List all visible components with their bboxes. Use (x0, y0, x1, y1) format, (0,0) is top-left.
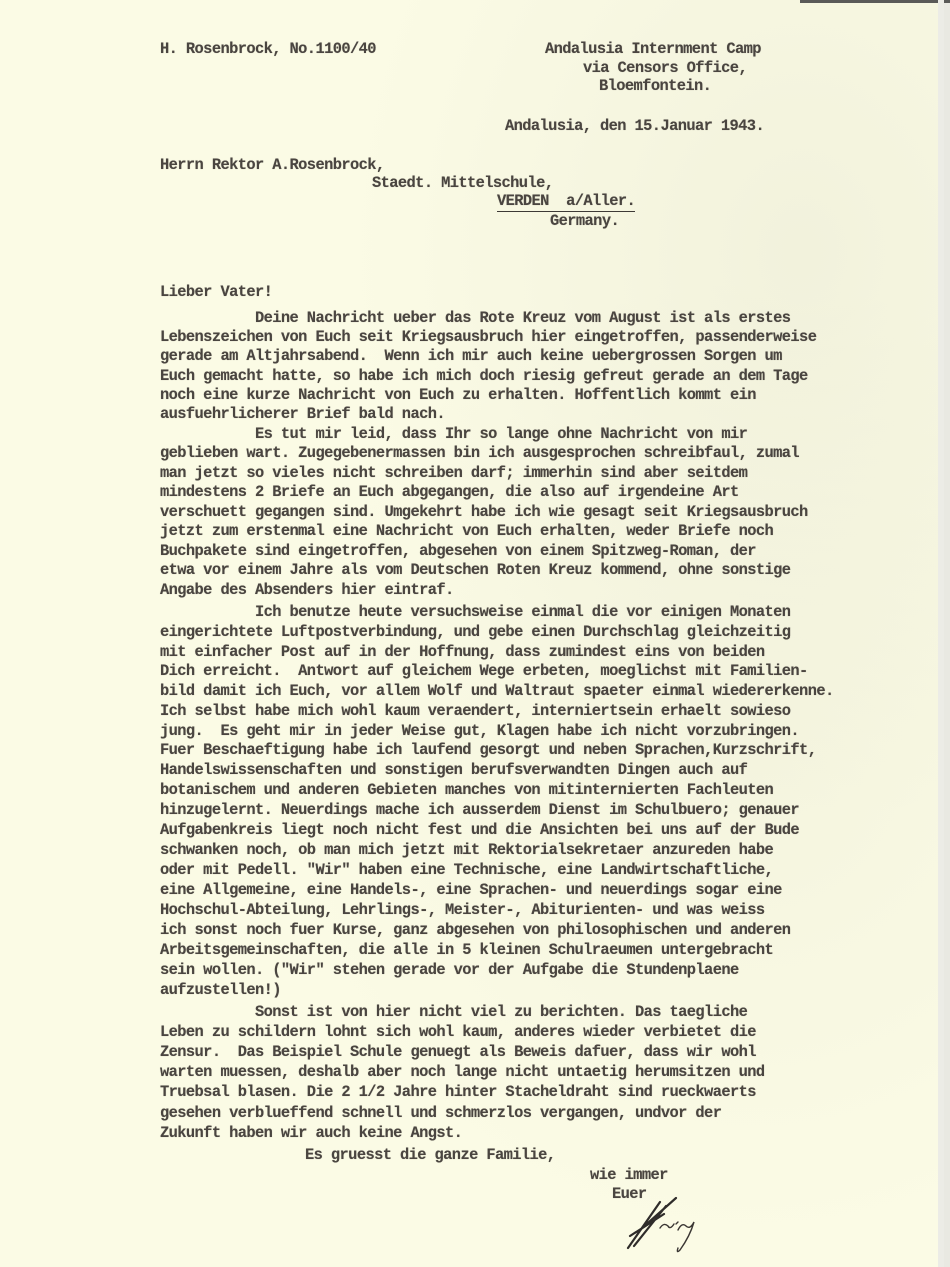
body-line: mindestens 2 Briefe an Euch abgegangen, … (160, 483, 739, 501)
closing-line: Es gruesst die ganze Familie, (305, 1146, 555, 1164)
body-line: bild damit ich Euch, vor allem Wolf und … (160, 682, 834, 700)
sender-address-line-1: Andalusia Internment Camp (545, 40, 761, 58)
body-line: eine Allgemeine, eine Handels-, eine Spr… (160, 881, 782, 899)
body-line: ausfuehrlicherer Brief bald nach. (160, 405, 445, 423)
body-line: mit einfacher Post auf in der Hoffnung, … (160, 643, 765, 661)
body-line: gerade am Altjahrsabend. Wenn ich mir au… (160, 347, 782, 365)
body-line: etwa vor einem Jahre als vom Deutschen R… (160, 561, 790, 579)
scan-edge-band (800, 0, 950, 3)
body-line: Aufgabenkreis liegt noch nicht fest und … (160, 821, 799, 839)
body-line: Lebenszeichen von Euch seit Kriegsausbru… (160, 328, 816, 346)
body-line: Es tut mir leid, dass Ihr so lange ohne … (160, 425, 747, 443)
body-line: hinzugelernt. Neuerdings mache ich ausse… (160, 801, 799, 819)
body-line: sein wollen. ("Wir" stehen gerade vor de… (160, 961, 739, 979)
body-line: jetzt zum erstenmal eine Nachricht von E… (160, 522, 773, 540)
body-line: Zukunft haben wir auch keine Angst. (160, 1124, 462, 1142)
body-line: Hochschul-Abteilung, Lehrlings-, Meister… (160, 901, 765, 919)
body-line: gesehen verblueffend schnell und schmerz… (160, 1104, 721, 1122)
body-line: Fuer Beschaeftigung habe ich laufend ges… (160, 741, 816, 759)
body-line: Handelswissenschaften und sonstigen beru… (160, 761, 747, 779)
body-line: noch eine kurze Nachricht von Euch zu er… (160, 386, 756, 404)
body-line: oder mit Pedell. "Wir" haben eine Techni… (160, 861, 773, 879)
body-line: geblieben wart. Zugegebenermassen bin ic… (160, 444, 799, 462)
body-line: Ich benutze heute versuchsweise einmal d… (160, 603, 790, 621)
recipient-name: Herrn Rektor A.Rosenbrock, (160, 156, 385, 174)
body-line: Zensur. Das Beispiel Schule genuegt als … (160, 1043, 756, 1061)
body-line: warten muessen, deshalb aber noch lange … (160, 1063, 765, 1081)
body-line: Leben zu schildern lohnt sich wohl kaum,… (160, 1023, 756, 1041)
body-line: man jetzt so vieles nicht schreiben darf… (160, 464, 747, 482)
body-line: Sonst ist von hier nicht viel zu bericht… (160, 1003, 747, 1021)
body-line: jung. Es geht mir in jeder Weise gut, Kl… (160, 722, 799, 740)
salutation: Lieber Vater! (160, 283, 272, 301)
body-line: Angabe des Absenders hier eintraf. (160, 581, 454, 599)
body-line: Dich erreicht. Antwort auf gleichem Wege… (160, 662, 808, 680)
body-line: ich sonst noch fuer Kurse, ganz abgesehe… (160, 921, 790, 939)
body-line: Deine Nachricht ueber das Rote Kreuz vom… (160, 309, 790, 327)
recipient-city: VERDEN a/Aller. (497, 192, 635, 212)
body-line: Arbeitsgemeinschaften, die alle in 5 kle… (160, 941, 773, 959)
body-line: verschuett gegangen sind. Umgekehrt habe… (160, 503, 808, 521)
closing-wie-immer: wie immer (590, 1166, 668, 1184)
recipient-school: Staedt. Mittelschule, (372, 174, 553, 192)
sender-line: H. Rosenbrock, No.1100/40 (160, 40, 376, 58)
date-line: Andalusia, den 15.Januar 1943. (505, 117, 764, 135)
letter-page: H. Rosenbrock, No.1100/40 Andalusia Inte… (0, 0, 944, 1267)
body-line: schwanken noch, ob man mich jetzt mit Re… (160, 841, 773, 859)
signature-heinz: Heinz (620, 1196, 700, 1256)
page-edge (938, 0, 944, 1267)
sender-address-line-3: Bloemfontein. (599, 77, 711, 95)
body-line: Ich selbst habe mich wohl kaum veraender… (160, 702, 790, 720)
body-line: Truebsal blasen. Die 2 1/2 Jahre hinter … (160, 1083, 756, 1101)
body-line: botanischem und anderen Gebieten manches… (160, 781, 773, 799)
body-line: eingerichtete Luftpostverbindung, und ge… (160, 623, 790, 641)
body-line: Euch gemacht hatte, so habe ich mich doc… (160, 367, 808, 385)
sender-address-line-2: via Censors Office, (583, 59, 747, 77)
body-line: aufzustellen!) (160, 981, 281, 999)
body-line: Buchpakete sind eingetroffen, abgesehen … (160, 542, 756, 560)
recipient-country: Germany. (550, 212, 619, 230)
